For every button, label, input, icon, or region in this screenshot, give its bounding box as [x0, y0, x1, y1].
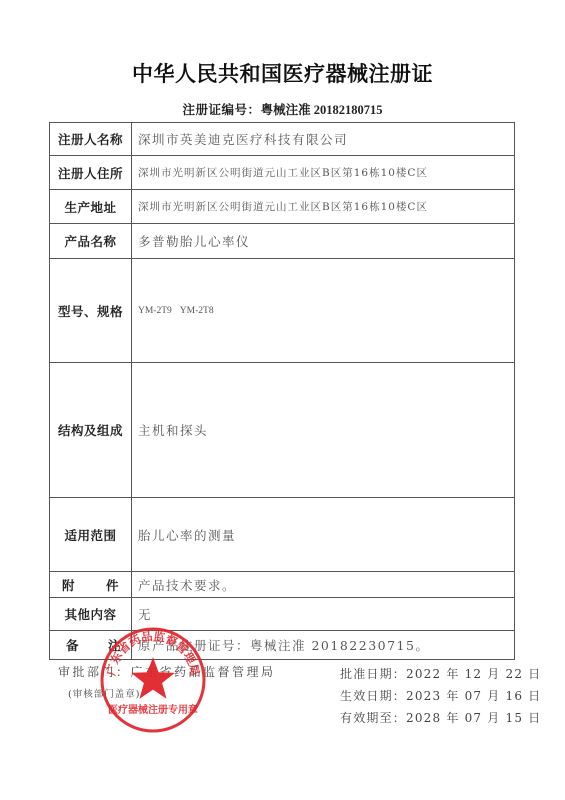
- row-scope: 适用范围 胎儿心率的测量: [50, 498, 515, 572]
- row-other: 其他内容 无: [50, 598, 515, 631]
- effective-date-label: 生效日期：: [340, 689, 406, 703]
- certificate-table: 注册人名称 深圳市英美迪克医疗科技有限公司 注册人住所 深圳市光明新区公明街道元…: [49, 122, 515, 660]
- row-production-address: 生产地址 深圳市光明新区公明街道元山工业区B区第16栋10楼C区: [50, 190, 515, 224]
- label-attachment: 附 件: [50, 572, 132, 598]
- row-registrant-address: 注册人住所 深圳市光明新区公明街道元山工业区B区第16栋10楼C区: [50, 156, 515, 190]
- row-product-name: 产品名称 多普勒胎儿心率仪: [50, 224, 515, 259]
- label-attachment-part1: 附: [62, 576, 75, 594]
- registration-number-label: 注册证编号：: [183, 102, 261, 117]
- label-production-address: 生产地址: [50, 190, 132, 224]
- label-remarks: 备 注: [50, 631, 132, 660]
- registration-number: 注册证编号：粤械注准 20182180715: [0, 100, 565, 118]
- value-structure: 主机和探头: [132, 363, 515, 498]
- approval-date-value: 2022 年 12 月 22 日: [406, 667, 541, 681]
- page-title: 中华人民共和国医疗器械注册证: [0, 58, 565, 88]
- expiry-date-label: 有效期至：: [340, 711, 406, 725]
- label-scope: 适用范围: [50, 498, 132, 572]
- approval-date-label: 批准日期：: [340, 667, 406, 681]
- effective-date: 生效日期：2023 年 07 月 16 日: [340, 685, 541, 707]
- row-structure: 结构及组成 主机和探头: [50, 363, 515, 498]
- value-attachment: 产品技术要求。: [132, 572, 515, 598]
- row-registrant-name: 注册人名称 深圳市英美迪克医疗科技有限公司: [50, 123, 515, 156]
- value-model-spec: YM-2T9 YM-2T8: [132, 259, 515, 363]
- label-remarks-part1: 备: [66, 636, 79, 654]
- row-remarks: 备 注 原产品注册证号：粤械注准 20182230715。: [50, 631, 515, 660]
- label-registrant-name: 注册人名称: [50, 123, 132, 156]
- label-attachment-part2: 件: [106, 576, 119, 594]
- label-other: 其他内容: [50, 598, 132, 631]
- value-remarks: 原产品注册证号：粤械注准 20182230715。: [132, 631, 515, 660]
- value-scope: 胎儿心率的测量: [132, 498, 515, 572]
- label-structure: 结构及组成: [50, 363, 132, 498]
- value-registrant-address: 深圳市光明新区公明街道元山工业区B区第16栋10楼C区: [132, 156, 515, 190]
- label-product-name: 产品名称: [50, 224, 132, 259]
- value-other: 无: [132, 598, 515, 631]
- label-registrant-address: 注册人住所: [50, 156, 132, 190]
- row-model-spec: 型号、规格 YM-2T9 YM-2T8: [50, 259, 515, 363]
- approval-date: 批准日期：2022 年 12 月 22 日: [340, 663, 541, 685]
- effective-date-value: 2023 年 07 月 16 日: [406, 689, 541, 703]
- value-production-address: 深圳市光明新区公明街道元山工业区B区第16栋10楼C区: [132, 190, 515, 224]
- value-registrant-name: 深圳市英美迪克医疗科技有限公司: [132, 123, 515, 156]
- value-product-name: 多普勒胎儿心率仪: [132, 224, 515, 259]
- registration-number-value: 粤械注准 20182180715: [261, 103, 383, 117]
- label-model-spec: 型号、规格: [50, 259, 132, 363]
- approval-department-note: (审核部门盖章): [68, 686, 140, 700]
- expiry-date: 有效期至：2028 年 07 月 15 日: [340, 707, 541, 729]
- label-remarks-part2: 注: [108, 636, 121, 654]
- expiry-date-value: 2028 年 07 月 15 日: [406, 711, 541, 725]
- seal-inner-text: 医疗器械注册专用章: [108, 703, 198, 716]
- dates-block: 批准日期：2022 年 12 月 22 日 生效日期：2023 年 07 月 1…: [340, 663, 541, 729]
- approval-department: 审批部门：广东省药品监督管理局: [58, 663, 276, 680]
- row-attachment: 附 件 产品技术要求。: [50, 572, 515, 598]
